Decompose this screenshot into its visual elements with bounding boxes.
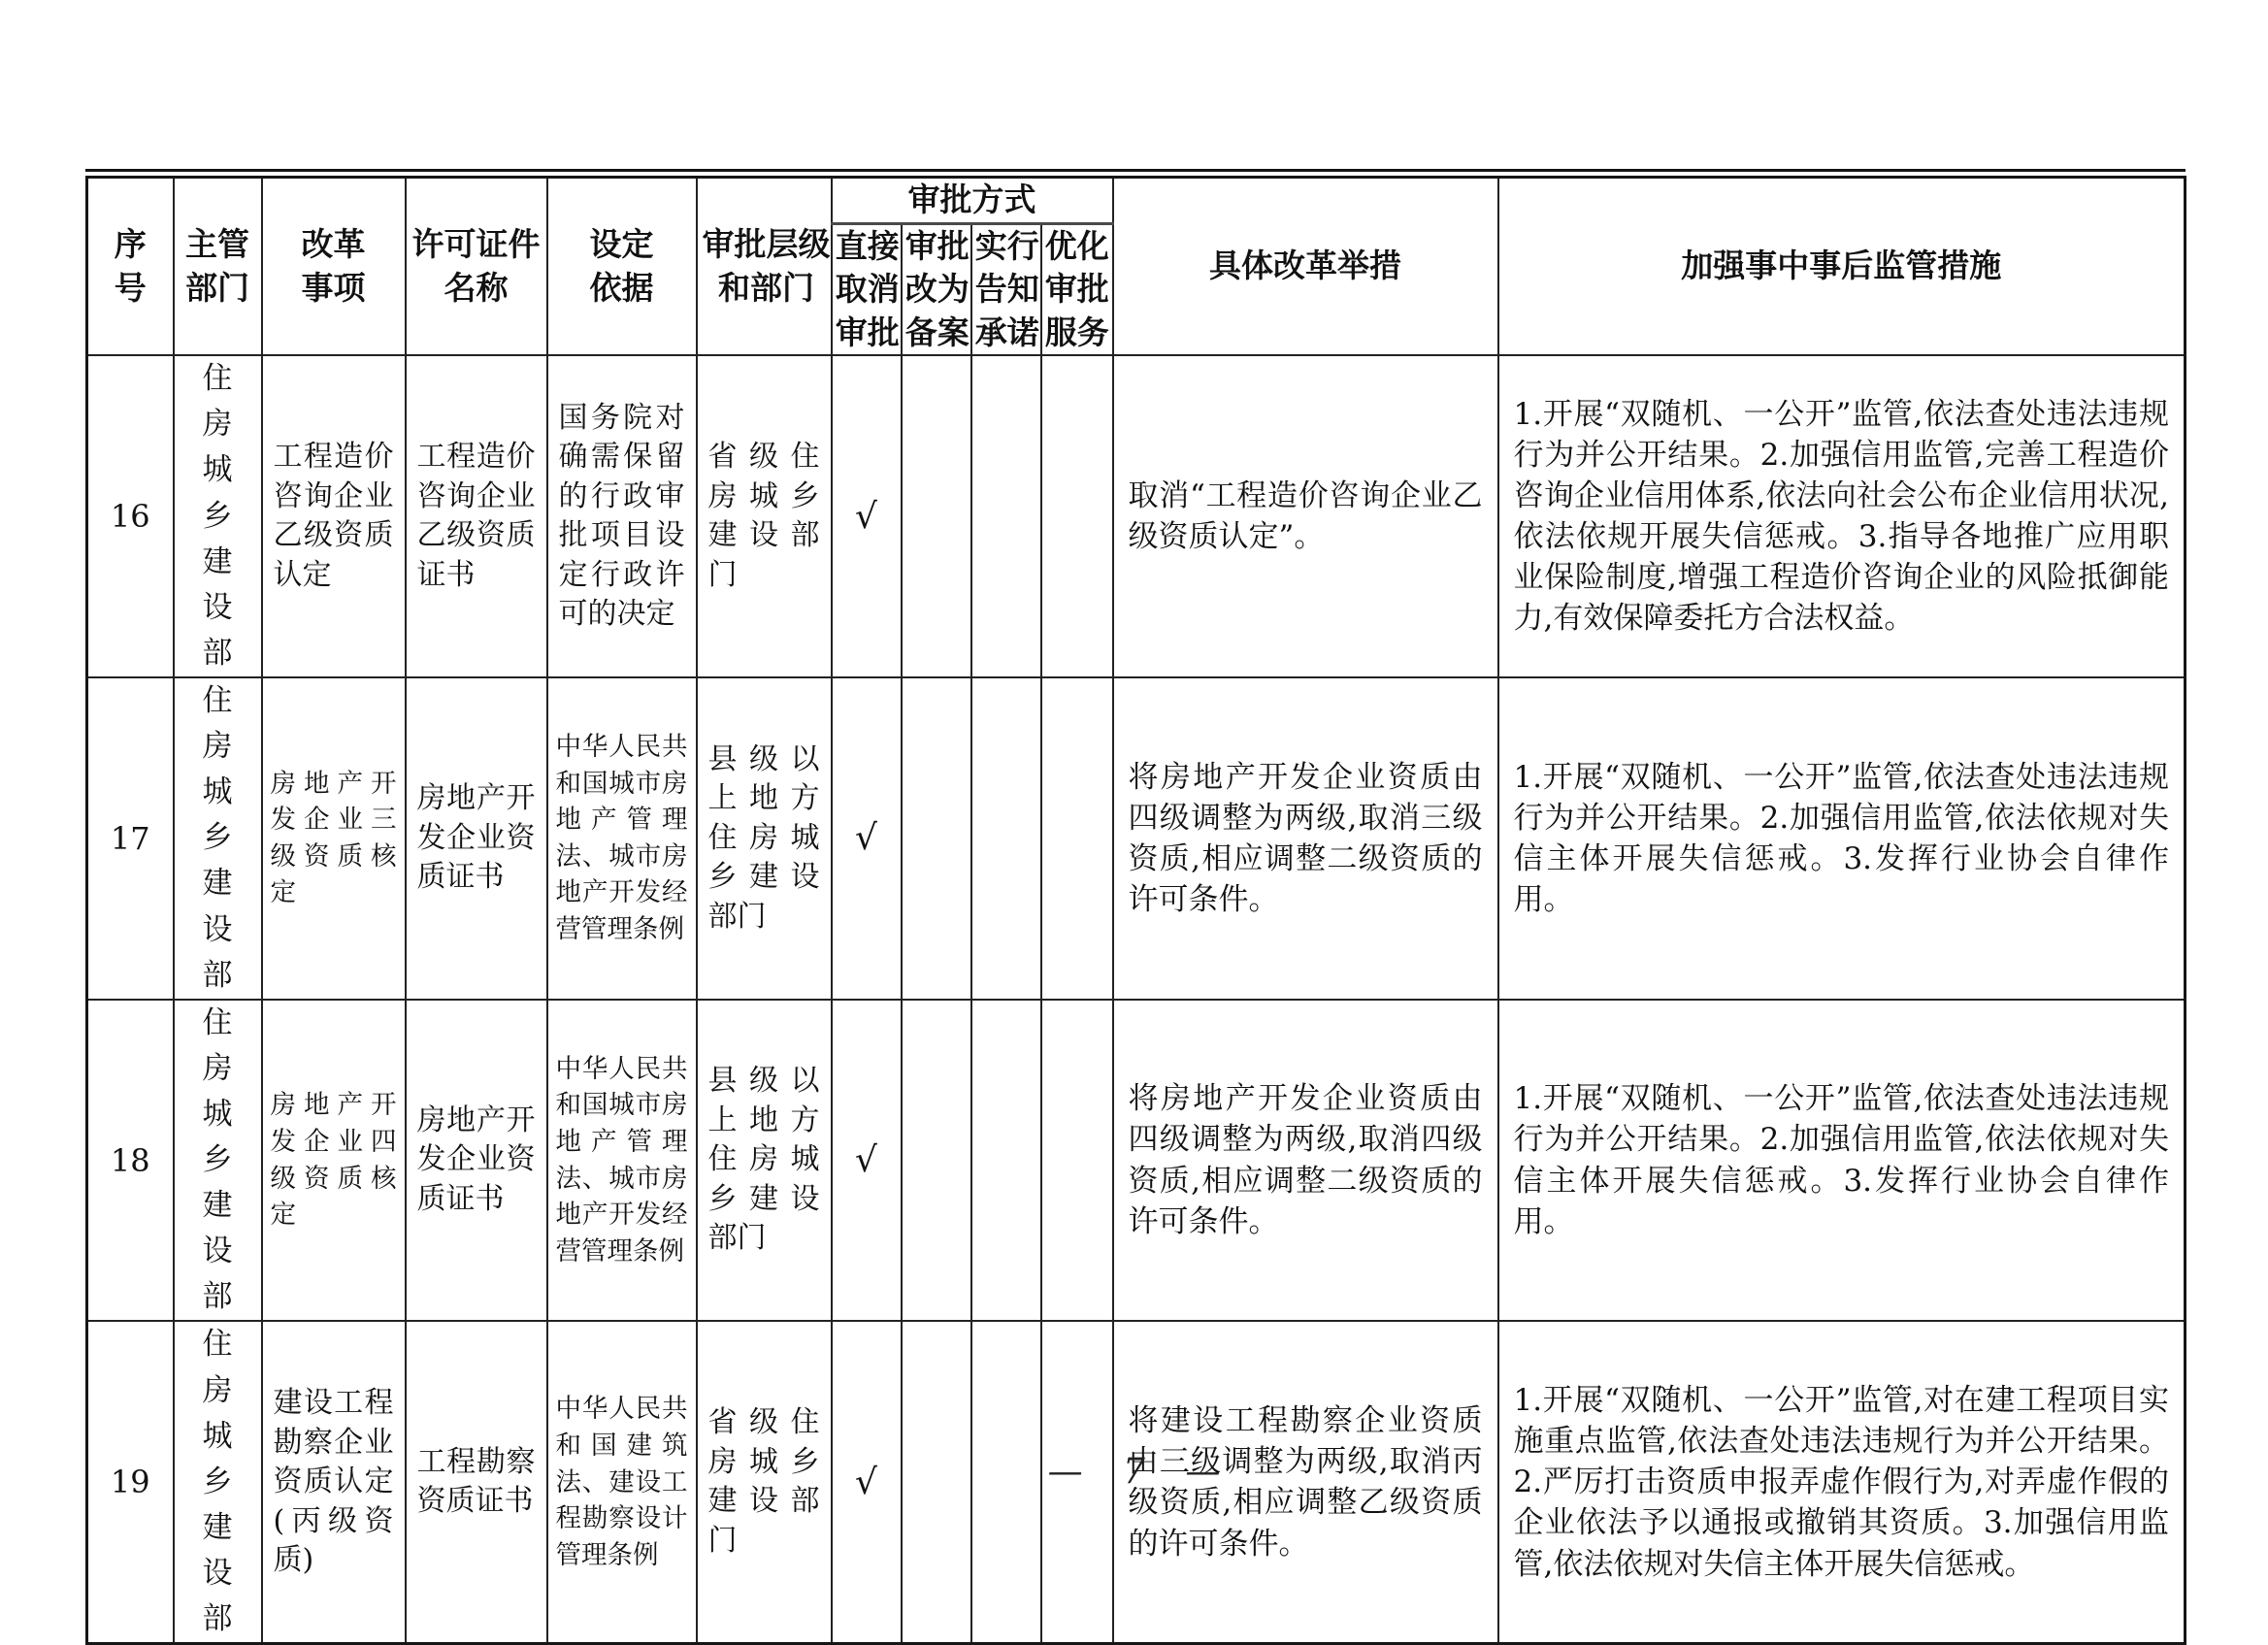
row16-check-optimize <box>1041 355 1113 677</box>
row18-check-notification <box>971 1000 1041 1322</box>
header-row-top: 序号 主管部门 改革事项 许可证件名称 设定依据 审批层级和部门 审批方式 具体… <box>87 178 2186 224</box>
header-supervision: 加强事中事后监管措施 <box>1498 178 2186 356</box>
header-measures: 具体改革举措 <box>1113 178 1498 356</box>
row18-level: 县级以上地方住房城乡建设部门 <box>697 1000 832 1322</box>
header-sub-cancel: 直接取消审批 <box>832 223 902 355</box>
header-serial: 序号 <box>87 178 174 356</box>
header-approval-level: 审批层级和部门 <box>697 178 832 356</box>
document-page: { "page": { "footer_page_number": "— 7 —… <box>0 0 2268 1604</box>
row18-serial: 18 <box>87 1000 174 1322</box>
row17-license: 房地产开发企业资质证书 <box>406 677 547 1000</box>
row18-license: 房地产开发企业资质证书 <box>406 1000 547 1322</box>
row17-check-notification <box>971 677 1041 1000</box>
header-approval-method: 审批方式 <box>832 178 1113 224</box>
row16-supervision: 1.开展“双随机、一公开”监管,依法查处违法违规行为并公开结果。2.加强信用监管… <box>1498 355 2186 677</box>
row18-check-optimize <box>1041 1000 1113 1322</box>
row18-check-to-filing <box>902 1000 971 1322</box>
table-row-18: 18 住房城乡建设部 房地产开发企业四级资质核定 房地产开发企业资质证书 中华人… <box>87 1000 2186 1322</box>
row17-department: 住房城乡建设部 <box>174 677 262 1000</box>
page-number: — 7 — <box>0 1452 2268 1492</box>
row17-level: 县级以上地方住房城乡建设部门 <box>697 677 832 1000</box>
header-license-name: 许可证件名称 <box>406 178 547 356</box>
row16-level: 省级住房城乡建设部门 <box>697 355 832 677</box>
row16-department: 住房城乡建设部 <box>174 355 262 677</box>
row16-check-notification <box>971 355 1041 677</box>
row17-check-optimize <box>1041 677 1113 1000</box>
row16-check-to-filing <box>902 355 971 677</box>
header-reform-item: 改革事项 <box>262 178 406 356</box>
row17-reform-item: 房地产开发企业三级资质核定 <box>262 677 406 1000</box>
row18-department: 住房城乡建设部 <box>174 1000 262 1322</box>
row17-check-cancel: √ <box>832 677 902 1000</box>
row16-basis: 国务院对确需保留的行政审批项目设定行政许可的决定 <box>547 355 697 677</box>
table-top-double-rule <box>85 169 2186 172</box>
row17-measures: 将房地产开发企业资质由四级调整为两级,取消三级资质,相应调整二级资质的许可条件。 <box>1113 677 1498 1000</box>
row17-basis: 中华人民共和国城市房地产管理法、城市房地产开发经营管理条例 <box>547 677 697 1000</box>
row16-reform-item: 工程造价咨询企业乙级资质认定 <box>262 355 406 677</box>
header-sub-optimize: 优化审批服务 <box>1041 223 1113 355</box>
row18-check-cancel: √ <box>832 1000 902 1322</box>
table-row-17: 17 住房城乡建设部 房地产开发企业三级资质核定 房地产开发企业资质证书 中华人… <box>87 677 2186 1000</box>
table-row-16: 16 住房城乡建设部 工程造价咨询企业乙级资质认定 工程造价咨询企业乙级资质证书… <box>87 355 2186 677</box>
row17-check-to-filing <box>902 677 971 1000</box>
row17-supervision: 1.开展“双随机、一公开”监管,依法查处违法违规行为并公开结果。2.加强信用监管… <box>1498 677 2186 1000</box>
approval-reform-table: 序号 主管部门 改革事项 许可证件名称 设定依据 审批层级和部门 审批方式 具体… <box>85 176 2186 1645</box>
row17-serial: 17 <box>87 677 174 1000</box>
row16-serial: 16 <box>87 355 174 677</box>
row18-reform-item: 房地产开发企业四级资质核定 <box>262 1000 406 1322</box>
row18-measures: 将房地产开发企业资质由四级调整为两级,取消四级资质,相应调整二级资质的许可条件。 <box>1113 1000 1498 1322</box>
header-basis: 设定依据 <box>547 178 697 356</box>
row18-supervision: 1.开展“双随机、一公开”监管,依法查处违法违规行为并公开结果。2.加强信用监管… <box>1498 1000 2186 1322</box>
row16-measures: 取消“工程造价咨询企业乙级资质认定”。 <box>1113 355 1498 677</box>
row16-license: 工程造价咨询企业乙级资质证书 <box>406 355 547 677</box>
row16-check-cancel: √ <box>832 355 902 677</box>
header-department: 主管部门 <box>174 178 262 356</box>
row18-basis: 中华人民共和国城市房地产管理法、城市房地产开发经营管理条例 <box>547 1000 697 1322</box>
header-sub-notification: 实行告知承诺 <box>971 223 1041 355</box>
header-sub-to-filing: 审批改为备案 <box>902 223 971 355</box>
